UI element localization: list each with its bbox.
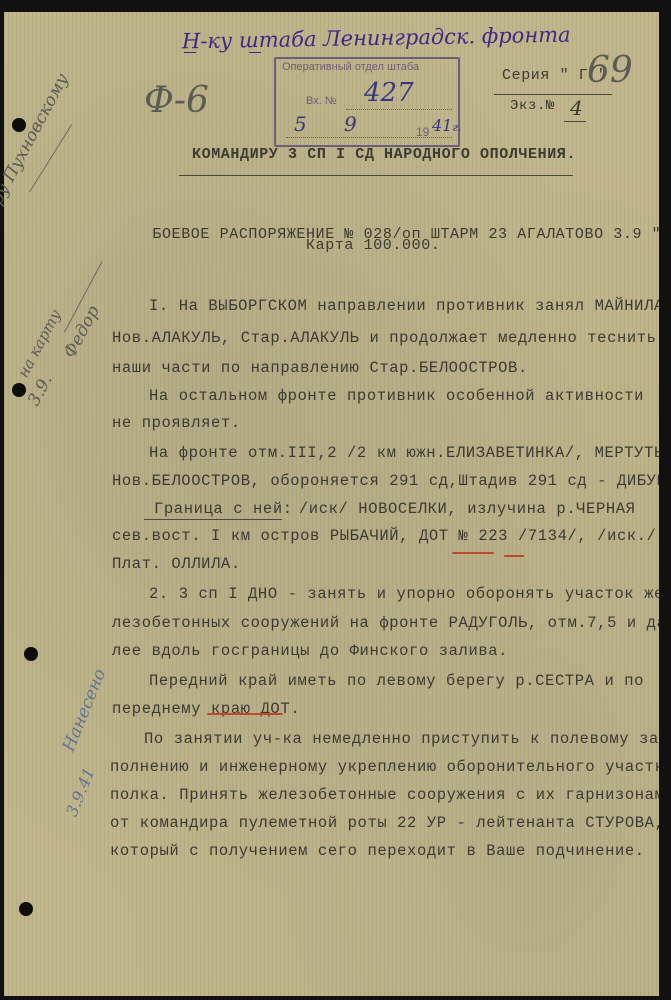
margin-note-pencil: на карту	[14, 307, 65, 381]
border-heading-underline	[144, 519, 282, 520]
red-pencil-mark	[207, 713, 283, 715]
para-line: не проявляет.	[112, 414, 241, 432]
page-edge-shadow	[659, 0, 671, 1000]
para-line: Нов.БЕЛООСТРОВ, обороняется 291 сд,Штади…	[112, 472, 671, 490]
punch-hole	[19, 902, 33, 916]
para-line: наши части по направлению Стар.БЕЛООСТРО…	[112, 359, 528, 377]
copy-label: Экз.№	[510, 98, 555, 114]
para-line: который с получением сего переходит в Ва…	[110, 842, 645, 860]
document-page: Н-ку штаба Ленинградск. фронта Оперативн…	[4, 12, 659, 996]
map-line: Карта 100.000.	[306, 237, 440, 254]
para-line: переднему краю ДОТ.	[112, 700, 300, 718]
para-line: Нов.АЛАКУЛЬ, Стар.АЛАКУЛЬ и продолжает м…	[112, 329, 657, 347]
stamp-year-end: г.	[452, 121, 461, 134]
stamp-year-suffix-value: 41	[432, 116, 452, 135]
copy-underline	[564, 121, 586, 122]
red-pencil-mark	[504, 555, 524, 557]
margin-note-blue: 3.9.41	[62, 765, 99, 819]
stamp-number-line	[346, 109, 452, 110]
addressee: КОМАНДИРУ 3 СП I СД НАРОДНОГО ОПОЛЧЕНИЯ.	[192, 146, 576, 163]
stamp-department: Оперативный отдел штаба	[282, 61, 419, 73]
para-line: По занятии уч-ка немедленно приступить к…	[144, 730, 669, 748]
header-underline	[184, 52, 196, 53]
para-line: Плат. ОЛЛИЛА.	[112, 555, 241, 573]
para-line: лезобетонных сооружений на фронте РАДУГО…	[112, 614, 671, 632]
para-line: /иск/ НОВОСЕЛКИ, излучина р.ЧЕРНАЯ	[289, 500, 636, 518]
stamp-year-prefix: 19	[416, 125, 429, 139]
margin-note-blue: Нанесено	[59, 666, 110, 754]
para-line: полнению и инженерному укреплению оборон…	[110, 758, 671, 776]
stamp-day: 5	[294, 112, 307, 136]
para-line: полка. Принять железобетонные сооружения…	[110, 786, 671, 804]
punch-hole	[24, 647, 38, 661]
para-line: от командира пулеметной роты 22 УР - лей…	[110, 814, 664, 832]
border-heading: Граница с ней:	[154, 500, 293, 518]
punch-hole	[12, 383, 26, 397]
handwritten-header: Н-ку штаба Ленинградск. фронта	[182, 23, 571, 54]
margin-note-pencil: Майору Пухновскому	[0, 70, 73, 251]
para-line: 2. 3 сп I ДНО - занять и упорно оборонят…	[149, 585, 671, 603]
para-line: На фронте отм.III,2 /2 км южн.ЕЛИЗАВЕТИН…	[149, 444, 671, 462]
margin-signature: Федор	[60, 302, 104, 361]
para-line: лее вдоль госграницы до Финского залива.	[112, 642, 508, 660]
stamp-incoming-number: 427	[364, 78, 414, 108]
copy-number: 4	[570, 96, 583, 120]
stamp-year-suffix: 41г.	[432, 116, 461, 135]
pencil-mark-top: Ф-6	[144, 80, 209, 121]
red-pencil-mark	[452, 552, 494, 554]
para-line: На остальном фронте противник особенной …	[149, 387, 644, 405]
para-line: I. На ВЫБОРГСКОМ направлении противник з…	[149, 297, 671, 315]
stamp-incoming-label: Вх. №	[306, 95, 337, 107]
para-line: сев.вост. I км остров РЫБАЧИЙ, ДОТ № 223…	[112, 527, 657, 545]
header-underline	[249, 52, 261, 53]
stamp-month: 9	[344, 112, 357, 136]
addressee-underline	[179, 175, 573, 176]
para-line: Передний край иметь по левому берегу р.С…	[149, 672, 644, 690]
series-pencil-number: 69	[587, 50, 633, 91]
series-rule	[494, 94, 612, 95]
